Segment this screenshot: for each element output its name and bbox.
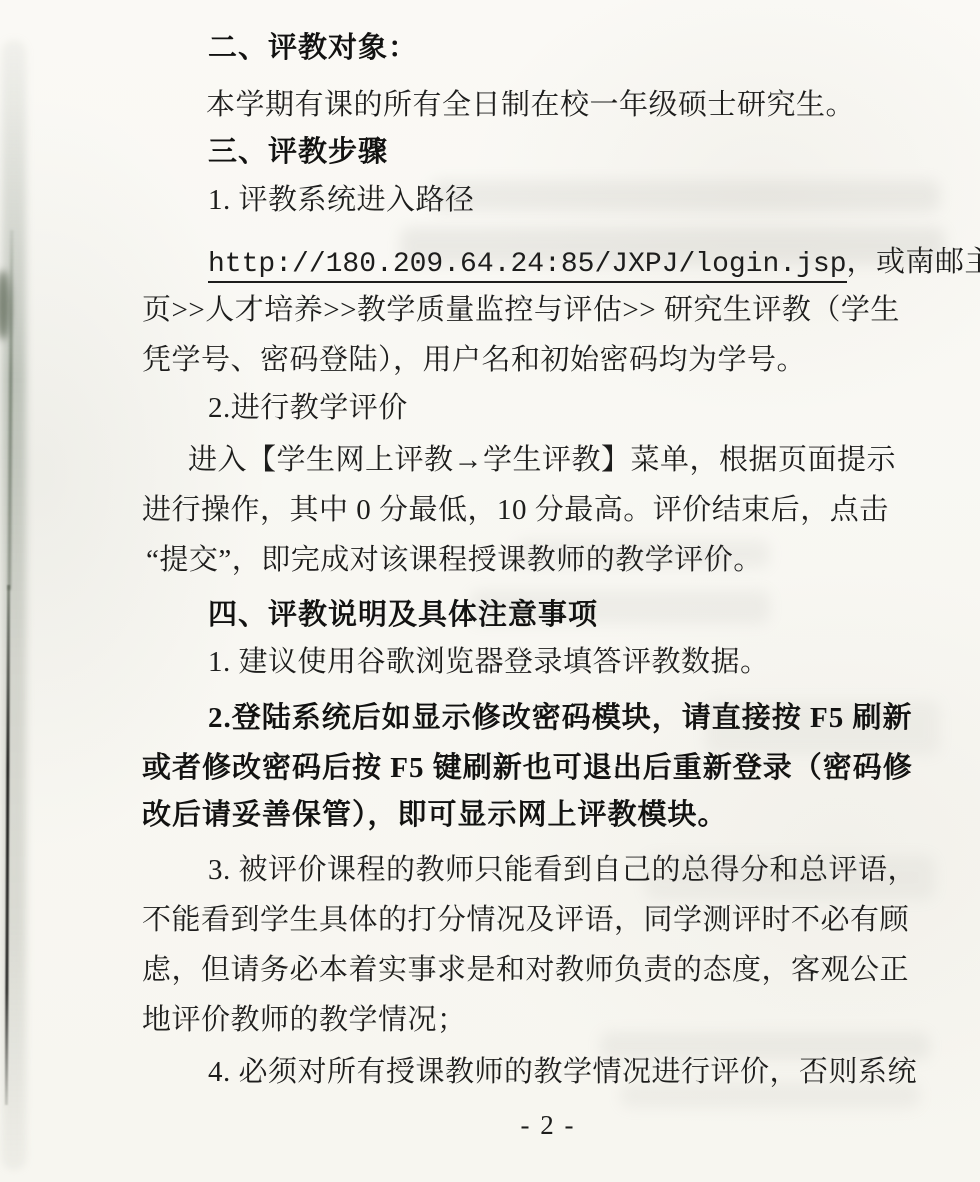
note-2-line-2: 或者修改密码后按 F5 键刷新也可退出后重新登录（密码修 (142, 743, 913, 793)
note-3-line-1: 3. 被评价课程的教师只能看到自己的总得分和总评语， (208, 845, 917, 895)
login-url-line: http://180.209.64.24:85/JXPJ/login.jsp，或… (208, 237, 980, 290)
document-body: 二、评教对象： 本学期有课的所有全日制在校一年级硕士研究生。 三、评教步骤 1.… (142, 0, 954, 1182)
path-line-2: 页>>人才培养>>教学质量监控与评估>> 研究生评教（学生 (142, 285, 900, 335)
section-2-heading: 二、评教对象： (208, 23, 418, 73)
note-3-line-2: 不能看到学生具体的打分情况及评语，同学测评时不必有顾 (142, 895, 909, 945)
section-3-heading: 三、评教步骤 (208, 127, 388, 177)
step-1-title: 1. 评教系统进入路径 (208, 175, 475, 225)
section-2-body: 本学期有课的所有全日制在校一年级硕士研究生。 (206, 80, 855, 130)
step-2-line-2: 进行操作，其中 0 分最低，10 分最高。评价结束后，点击 (142, 485, 889, 535)
step-2-line-3: “提交”，即完成对该课程授课教师的教学评价。 (146, 535, 763, 585)
note-2-line-3: 改后请妥善保管），即可显示网上评教模块。 (142, 790, 728, 840)
login-url-suffix: ，或南邮主 (847, 246, 980, 278)
step-2-title: 2.进行教学评价 (208, 383, 408, 433)
note-2-line-1: 2.登陆系统后如显示修改密码模块，请直接按 F5 刷新 (208, 693, 912, 743)
scanned-document-page: 二、评教对象： 本学期有课的所有全日制在校一年级硕士研究生。 三、评教步骤 1.… (0, 0, 980, 1182)
note-3-line-3: 虑，但请务必本着实事求是和对教师负责的态度，客观公正 (142, 945, 909, 995)
page-number: - 2 - (142, 1103, 954, 1147)
note-3-line-4: 地评价教师的教学情况； (142, 995, 467, 1045)
step-2-line-1: 进入【学生网上评教→学生评教】菜单，根据页面提示 (188, 435, 896, 485)
note-4-line-1: 4. 必须对所有授课教师的教学情况进行评价，否则系统 (208, 1047, 917, 1097)
note-1: 1. 建议使用谷歌浏览器登录填答评教数据。 (208, 637, 770, 687)
path-line-3: 凭学号、密码登陆），用户名和初始密码均为学号。 (142, 335, 806, 385)
section-4-heading: 四、评教说明及具体注意事项 (208, 590, 598, 640)
login-url: http://180.209.64.24:85/JXPJ/login.jsp (208, 249, 847, 283)
